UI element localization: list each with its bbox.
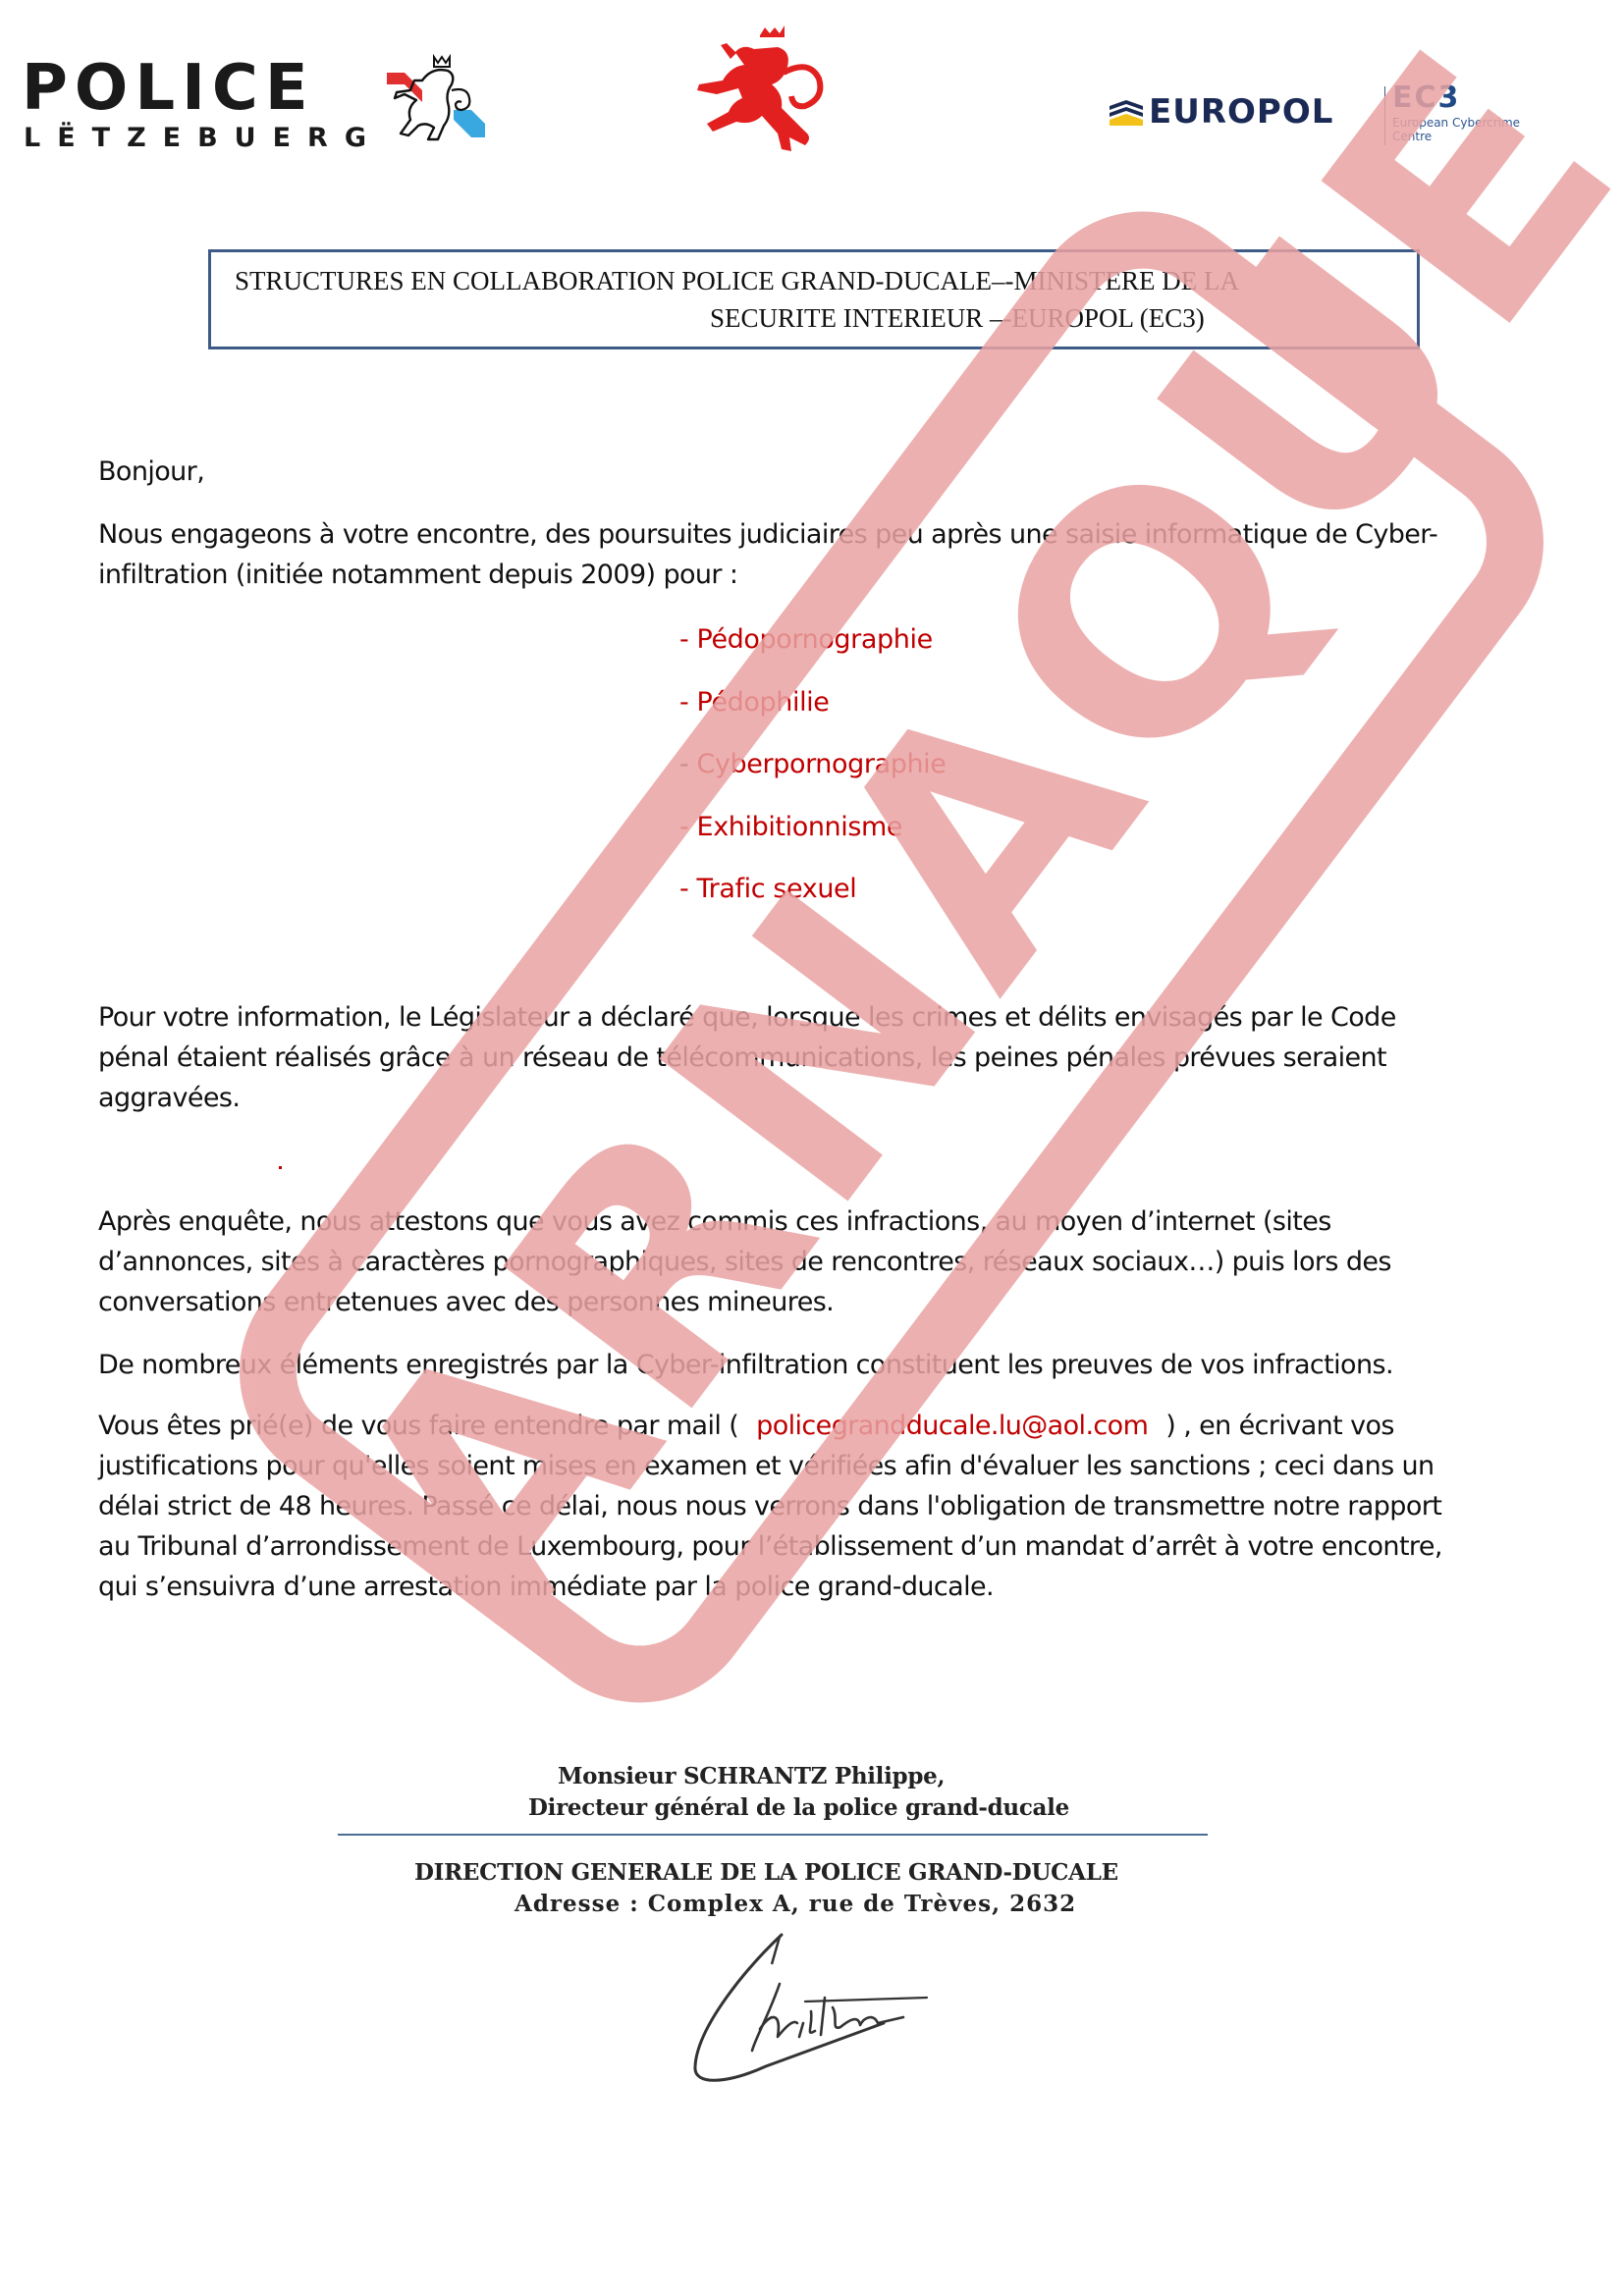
intro-paragraph: Nous engageons à votre encontre, des pou…	[98, 514, 1437, 595]
police-logo-subtitle: LËTZEBUERG	[24, 124, 383, 153]
greeting: Bonjour,	[98, 452, 204, 492]
contact-line-3: délai strict de 48 heures. Passé ce déla…	[98, 1486, 1442, 1526]
investigation-line-1: Après enquête, nous attestons que vous a…	[98, 1201, 1391, 1242]
title-line-2: SECURITE INTERIEUR –-EUROPOL (EC3)	[710, 303, 1205, 334]
ec3-subtitle-line1: European Cybercrime	[1392, 116, 1520, 130]
legislator-line-2: pénal étaient réalisés grâce à un réseau…	[98, 1038, 1396, 1078]
legislator-paragraph: Pour votre information, le Législateur a…	[98, 997, 1396, 1118]
contact-paragraph: Vous êtes prié(e) de vous faire entendre…	[98, 1406, 1442, 1607]
investigation-line-2: d’annonces, sites à caractères pornograp…	[98, 1242, 1391, 1282]
investigation-paragraph: Après enquête, nous attestons que vous a…	[98, 1201, 1391, 1322]
ec3-wordmark: EC3	[1392, 82, 1460, 114]
charge-item: - Cyberpornographie	[679, 749, 946, 812]
signature-divider	[338, 1834, 1208, 1836]
signatory-name: Monsieur SCHRANTZ Philippe,	[558, 1763, 945, 1789]
ec3-subtitle: European Cybercrime Centre	[1392, 116, 1520, 143]
europol-ec3-logo: EUROPOL EC3 European Cybercrime Centre	[1110, 86, 1542, 155]
europol-emblem-icon	[1110, 100, 1143, 126]
title-box: STRUCTURES EN COLLABORATION POLICE GRAND…	[208, 249, 1420, 349]
charge-item: - Exhibitionnisme	[679, 812, 946, 875]
handwritten-signature-icon	[658, 1929, 943, 2096]
intro-line-2: infiltration (initiée notamment depuis 2…	[98, 555, 1437, 595]
contact-line-4: au Tribunal d’arrondissement de Luxembou…	[98, 1526, 1442, 1567]
investigation-line-3: conversations entretenues avec des perso…	[98, 1282, 1391, 1322]
legislator-line-1: Pour votre information, le Législateur a…	[98, 997, 1396, 1038]
organization-name: DIRECTION GENERALE DE LA POLICE GRAND-DU…	[414, 1859, 1118, 1886]
charge-item: - Pédophilie	[679, 687, 946, 750]
intro-line-1: Nous engageons à votre encontre, des pou…	[98, 514, 1437, 555]
police-logo-word: POLICE	[22, 57, 315, 120]
charge-item: - Trafic sexuel	[679, 874, 946, 936]
europol-wordmark: EUROPOL	[1149, 92, 1333, 132]
logo-separator	[1384, 86, 1385, 145]
signatory-role: Directeur général de la police grand-duc…	[528, 1794, 1069, 1821]
lion-crowned-icon	[375, 51, 491, 149]
organization-address: Adresse : Complex A, rue de Trèves, 2632	[514, 1891, 1076, 1917]
contact-email-link[interactable]: policegrandducale.lu@aol.com	[756, 1411, 1148, 1441]
charge-item: - Pédopornographie	[679, 624, 946, 687]
legislator-line-3: aggravées.	[98, 1078, 1396, 1118]
title-line-1: STRUCTURES EN COLLABORATION POLICE GRAND…	[235, 266, 1239, 296]
charges-list: - Pédopornographie - Pédophilie - Cyberp…	[679, 624, 946, 936]
ec3-subtitle-line2: Centre	[1392, 130, 1520, 143]
contact-line-2: justifications pour qu'elles soient mise…	[98, 1446, 1442, 1486]
stray-red-dot	[279, 1166, 282, 1169]
red-lion-icon	[676, 14, 842, 181]
contact-line-5: qui s’ensuivra d’une arrestation immédia…	[98, 1567, 1442, 1607]
evidence-paragraph: De nombreux éléments enregistrés par la …	[98, 1345, 1393, 1385]
contact-line-1: Vous êtes prié(e) de vous faire entendre…	[98, 1406, 1442, 1446]
police-luxembourg-logo: POLICE LËTZEBUERG	[22, 57, 493, 155]
